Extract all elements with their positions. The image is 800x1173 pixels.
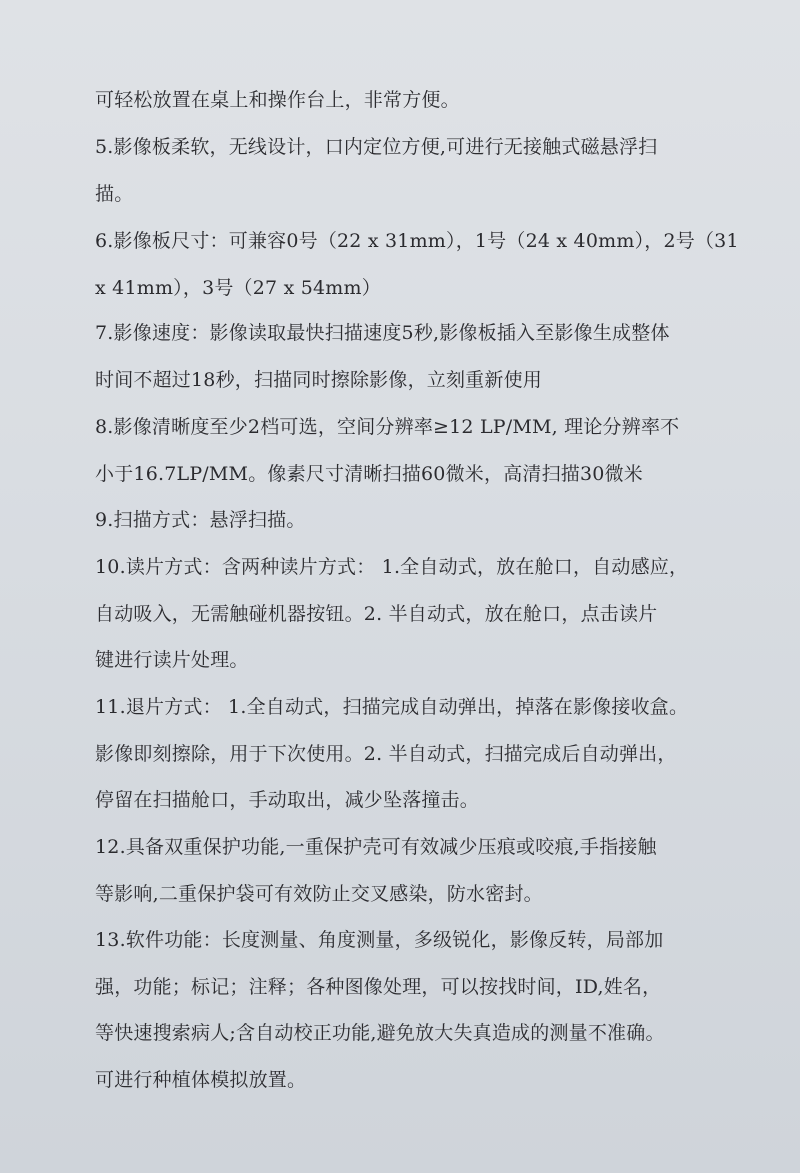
text-line: 9.扫描方式：悬浮扫描。 bbox=[95, 508, 735, 532]
text-line: 12.具备双重保护功能,一重保护壳可有效减少压痕或咬痕,手指接触 bbox=[95, 835, 735, 859]
text-line: 自动吸入，无需触碰机器按钮。2. 半自动式，放在舱口，点击读片 bbox=[95, 602, 735, 626]
text-line: 等影响,二重保护袋可有效防止交叉感染，防水密封。 bbox=[95, 882, 735, 906]
text-line: 影像即刻擦除，用于下次使用。2. 半自动式，扫描完成后自动弹出， bbox=[95, 742, 735, 766]
text-line: 键进行读片处理。 bbox=[95, 648, 735, 672]
text-line: 可进行种植体模拟放置。 bbox=[95, 1068, 735, 1092]
text-line: 13.软件功能：长度测量、角度测量，多级锐化，影像反转，局部加 bbox=[95, 928, 735, 952]
text-line: 强，功能；标记；注释；各种图像处理，可以按找时间，ID,姓名， bbox=[95, 975, 735, 999]
text-line: 11.退片方式： 1.全自动式，扫描完成自动弹出，掉落在影像接收盒。 bbox=[95, 695, 735, 719]
text-line: 6.影像板尺寸：可兼容0号（22 x 31mm），1号（24 x 40mm），2… bbox=[95, 229, 735, 253]
text-line: 等快速搜索病人;含自动校正功能,避免放大失真造成的测量不准确。 bbox=[95, 1021, 735, 1045]
text-line: 8.影像清晰度至少2档可选，空间分辨率≥12 LP/MM, 理论分辨率不 bbox=[95, 415, 735, 439]
text-line: x 41mm），3号（27 x 54mm） bbox=[95, 276, 735, 300]
text-line: 可轻松放置在桌上和操作台上，非常方便。 bbox=[95, 88, 735, 112]
text-line: 描。 bbox=[95, 182, 735, 206]
text-line: 10.读片方式：含两种读片方式： 1.全自动式，放在舱口，自动感应， bbox=[95, 555, 735, 579]
text-line: 5.影像板柔软，无线设计，口内定位方便,可进行无接触式磁悬浮扫 bbox=[95, 135, 735, 159]
document-page: 可轻松放置在桌上和操作台上，非常方便。5.影像板柔软，无线设计，口内定位方便,可… bbox=[0, 0, 800, 1173]
text-line: 停留在扫描舱口，手动取出，减少坠落撞击。 bbox=[95, 788, 735, 812]
text-line: 小于16.7LP/MM。像素尺寸清晰扫描60微米，高清扫描30微米 bbox=[95, 462, 735, 486]
text-line: 7.影像速度：影像读取最快扫描速度5秒,影像板插入至影像生成整体 bbox=[95, 321, 735, 345]
text-line: 时间不超过18秒，扫描同时擦除影像，立刻重新使用 bbox=[95, 368, 735, 392]
